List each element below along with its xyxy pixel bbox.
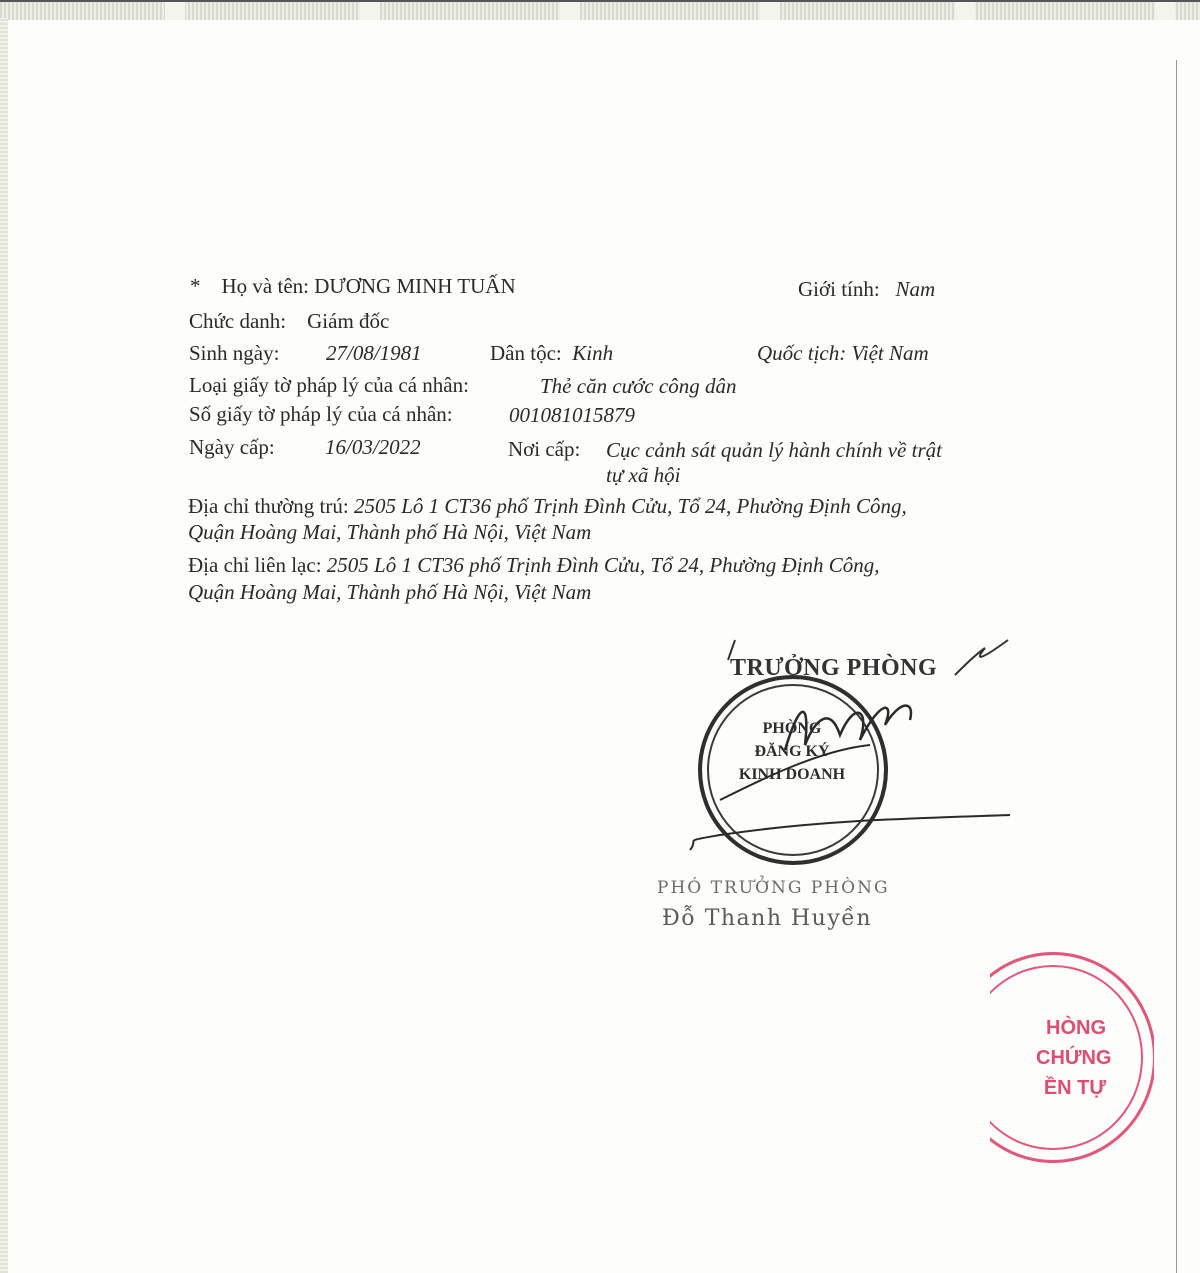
handwritten-signature-icon — [0, 0, 1200, 900]
deputy-name: Đỗ Thanh Huyền — [662, 906, 872, 931]
notary-stamp: HÒNG CHỨNG ỀN TỰ — [990, 952, 1154, 1164]
notary-line2: CHỨNG — [1036, 1044, 1106, 1072]
notary-line1: HÒNG — [1046, 1014, 1106, 1042]
deputy-title: PHÓ TRƯỞNG PHÒNG — [657, 878, 890, 898]
notary-line3: ỀN TỰ — [1036, 1074, 1106, 1102]
